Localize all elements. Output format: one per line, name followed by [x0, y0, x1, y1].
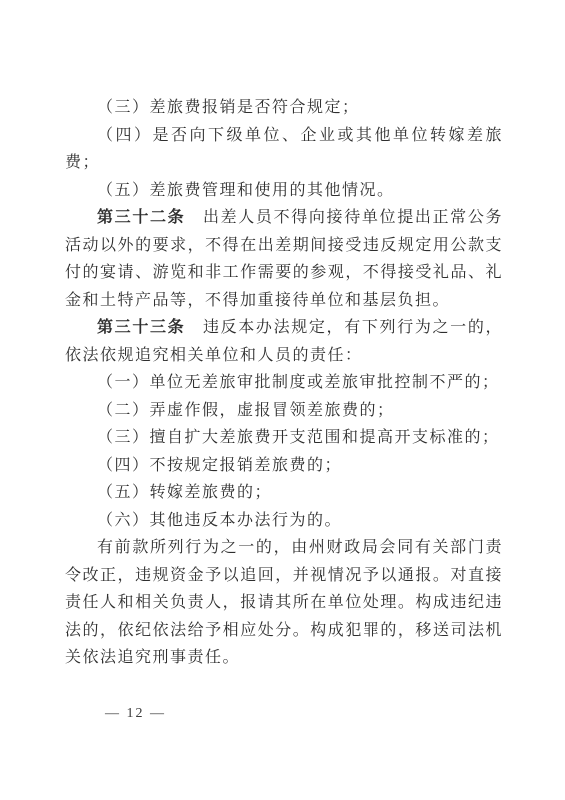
paragraph-text: （二）弄虚作假，虚报冒领差旅费的； — [97, 402, 395, 419]
paragraph-text: （四）是否向下级单位、企业或其他单位转嫁差旅费； — [65, 127, 503, 172]
list-item-6: （六）其他违反本办法行为的。 — [65, 507, 503, 535]
paragraph-text: （三）擅自扩大差旅费开支范围和提高开支标准的； — [97, 429, 500, 446]
document-body: （三）差旅费报销是否符合规定； （四）是否向下级单位、企业或其他单位转嫁差旅费；… — [65, 94, 503, 672]
list-item-4b: （四）不按规定报销差旅费的； — [65, 452, 503, 480]
list-item-3b: （三）擅自扩大差旅费开支范围和提高开支标准的； — [65, 424, 503, 452]
list-item-5b: （五）转嫁差旅费的； — [65, 479, 503, 507]
list-item-2: （二）弄虚作假，虚报冒领差旅费的； — [65, 397, 503, 425]
article-33: 第三十三条 违反本办法规定，有下列行为之一的，依法依规追究相关单位和人员的责任： — [65, 314, 503, 369]
article-32-heading: 第三十二条 — [97, 209, 185, 226]
paragraph-text: （三）差旅费报销是否符合规定； — [97, 99, 360, 116]
paragraph-text: （一）单位无差旅审批制度或差旅审批控制不严的； — [97, 374, 500, 391]
document-page: （三）差旅费报销是否符合规定； （四）是否向下级单位、企业或其他单位转嫁差旅费；… — [0, 0, 565, 800]
list-item-3: （三）差旅费报销是否符合规定； — [65, 94, 503, 122]
list-item-1: （一）单位无差旅审批制度或差旅审批控制不严的； — [65, 369, 503, 397]
paragraph-text: （四）不按规定报销差旅费的； — [97, 457, 342, 474]
article-32: 第三十二条 出差人员不得向接待单位提出正常公务活动以外的要求，不得在出差期间接受… — [65, 204, 503, 314]
paragraph-text: （五）差旅费管理和使用的其他情况。 — [97, 182, 395, 199]
list-item-5: （五）差旅费管理和使用的其他情况。 — [65, 177, 503, 205]
closing-paragraph: 有前款所列行为之一的，由州财政局会同有关部门责令改正，违规资金予以追回，并视情况… — [65, 534, 503, 672]
page-number: — 12 — — [105, 706, 166, 722]
paragraph-text: （五）转嫁差旅费的； — [97, 484, 272, 501]
list-item-4: （四）是否向下级单位、企业或其他单位转嫁差旅费； — [65, 122, 503, 177]
paragraph-text: 有前款所列行为之一的，由州财政局会同有关部门责令改正，违规资金予以追回，并视情况… — [65, 539, 503, 666]
article-33-heading: 第三十三条 — [97, 319, 185, 336]
paragraph-text: （六）其他违反本办法行为的。 — [97, 512, 342, 529]
